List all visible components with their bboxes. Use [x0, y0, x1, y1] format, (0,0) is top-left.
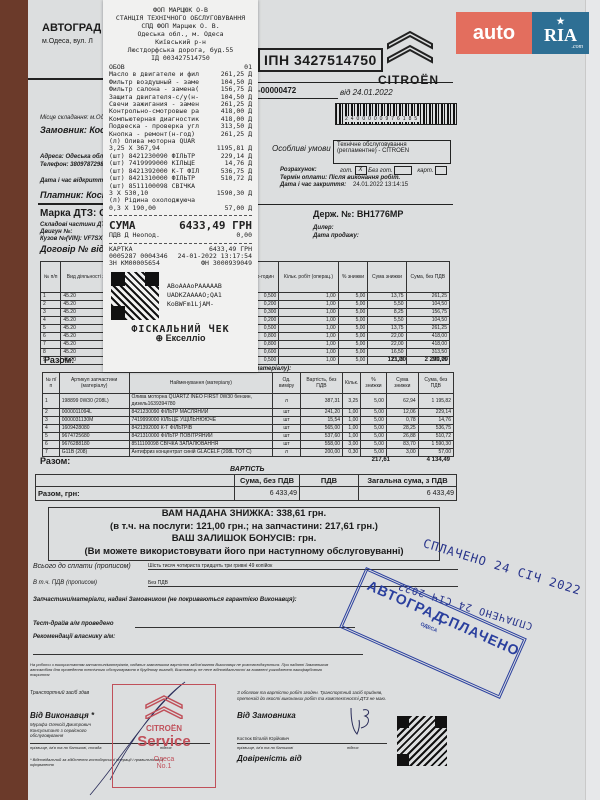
divider [109, 215, 252, 216]
table-cell: 5,00 [338, 309, 368, 317]
column-header: Вартість, без ПДВ [300, 373, 342, 394]
table-cell: Антифриз концентрат синій GLACELF (208L … [129, 449, 273, 457]
table-cell: 418,00 [406, 341, 449, 349]
plate-number: Держ. №: BH1776MP [313, 209, 403, 219]
stamp-brand: CITROËN [113, 724, 215, 733]
cash-label: гот. [340, 168, 353, 174]
table-cell: 2 [43, 409, 60, 417]
table-cell: шт [273, 425, 301, 433]
column-header: Сума, без ПДВ [418, 373, 453, 394]
parts-total-sum: 4 134,49 [400, 457, 450, 463]
totals-no-vat: 6 433,49 [235, 487, 300, 501]
table-cell: 1,00 [343, 425, 361, 433]
recommendations-line [33, 654, 363, 655]
sale-date-label: Дата продажу: [313, 233, 359, 239]
phone-field: Телефон: 38097872983 [40, 162, 107, 168]
column-header: Артикул запчастини (матеріалу) [59, 373, 129, 394]
table-cell: 229,14 [418, 409, 453, 417]
customer-signature [345, 700, 385, 740]
payment-terms: Термін оплати: Після виконання робіт. [280, 175, 400, 181]
card-label: карт. [417, 168, 433, 174]
receipt-vat: ПДВ Д Неопод. 0,00 [103, 232, 258, 239]
company-address: м.Одеса, вул. Л [42, 38, 93, 45]
address-field: Адреса: Одеська обл. [40, 154, 105, 160]
table-cell: 1 [43, 394, 60, 409]
table-cell: 62,94 [386, 394, 418, 409]
receipt-header-line: СТАНЦІЯ ТЕХНІЧНОГО ОБСЛУГОВУВАННЯ [103, 14, 258, 22]
total-words-label: Всього до сплати (прописом) [33, 563, 131, 570]
dealer-label: Дилер: [313, 225, 334, 231]
table-cell: 558,00 [300, 441, 342, 449]
receipt-qr-code [109, 270, 161, 322]
totals-header-with-vat: Загальна сума, з ПДВ [359, 475, 457, 487]
table-cell: 1,00 [279, 293, 338, 301]
table-cell: 1,00 [343, 433, 361, 441]
receipt-item-amount: 1590,30 Д [217, 190, 252, 197]
table-cell: 22,00 [368, 333, 406, 341]
table-cell: 1,00 [279, 349, 338, 357]
receipt-header: ФОП МАРЦЮК О-ВСТАНЦІЯ ТЕХНІЧНОГО ОБСЛУГО… [103, 6, 258, 62]
total-words-value: Шість тисяч чотириста тридцять три гривн… [148, 563, 458, 570]
table-cell: 1609428080 [59, 425, 129, 433]
closed-label: Дата і час закриття: [280, 182, 346, 188]
totals-caption: ВАРТІСТЬ [230, 466, 265, 473]
table-cell: 12,06 [386, 409, 418, 417]
stamp-city: Одеса [113, 756, 215, 763]
table-cell: 8,25 [368, 309, 406, 317]
discount-breakdown: (в т.ч. на послуги: 121,00 грн.; на запч… [49, 521, 439, 534]
table-cell: 9676288180 [59, 441, 129, 449]
table-cell: 5,00 [338, 325, 368, 333]
labor-total-discount: 121,00 [370, 357, 406, 363]
test-drive-line [135, 627, 355, 628]
table-row: 596747256808421310000 ФІЛЬТР ПОВІТРЯНИЙш… [43, 433, 454, 441]
table-cell: 1,00 [279, 325, 338, 333]
column-header: Од. виміру [273, 373, 301, 394]
customer-sign-line [237, 743, 387, 744]
receipt-codes: ABoAAAoPAAAAABUADKZAAAAO;QA1KoBWFm1LjAM- [167, 282, 222, 309]
receipt-header-line: ІД 003427514750 [103, 54, 258, 62]
payment-options: гот. X Без гот. карт. [340, 166, 447, 175]
table-cell: 313,50 [406, 349, 449, 357]
table-cell: 6 [43, 441, 60, 449]
table-cell: 1,00 [279, 309, 338, 317]
watermark-domain: .com [572, 44, 584, 50]
table-cell: 3 [43, 417, 60, 425]
table-cell: 0000011094L [59, 409, 129, 417]
table-cell: 241,20 [300, 409, 342, 417]
receipt-item-name: 0,3 X 190,00 [109, 205, 156, 212]
citroen-chevron-icon [385, 28, 435, 64]
table-cell: 1,00 [343, 409, 361, 417]
table-cell: 5,00 [361, 449, 387, 457]
table-cell: 5,00 [361, 409, 387, 417]
watermark-ria: ★ RIA .com [532, 12, 589, 54]
table-cell: 5,00 [338, 349, 368, 357]
table-cell: шт [273, 409, 301, 417]
customer-signature-caption: підпис [347, 745, 359, 750]
fiscal-receipt: ФОП МАРЦЮК О-ВСТАНЦІЯ ТЕХНІЧНОГО ОБСЛУГО… [103, 0, 258, 372]
discount-line: ВАМ НАДАНА ЗНИЖКА: 338,61 грн. [49, 508, 439, 521]
engine-field: Двигун №: [40, 229, 72, 235]
table-cell: 1,00 [279, 317, 338, 325]
invoice-number: -00000472 [258, 86, 296, 95]
contract-field: Договір № від р [40, 244, 112, 254]
totals-table: Сума, без ПДВ ПДВ Загальна сума, з ПДВ Р… [35, 474, 457, 501]
bonus-note: (Ви можете використовувати його при наст… [49, 546, 439, 559]
receipt-item-amount: 57,00 Д [225, 205, 252, 212]
table-cell: 156,75 [406, 309, 449, 317]
table-cell: Олива моторна QUARTZ INEO FIRST 0W30 бен… [129, 394, 273, 409]
table-cell: 1 590,30 [418, 441, 453, 449]
column-header: % знижки [361, 373, 387, 394]
vin-field: Кузов №(VIN): VF7SX [40, 236, 103, 242]
totals-with-vat: 6 433,49 [359, 487, 457, 501]
customer-name-caption: прізвище, ім'я та по батькові [237, 745, 293, 750]
table-cell: 510,72 [418, 433, 453, 441]
table-cell: 5,00 [338, 301, 368, 309]
column-header: Сума, без ПДВ [406, 262, 449, 293]
receipt-code-line: UADKZAAAAO;QA1 [167, 291, 222, 300]
payment-label: Розрахунок: [280, 167, 317, 173]
paper-edge [585, 0, 600, 800]
table-cell: 4 [41, 317, 61, 325]
table-cell: 7419999000 КІЛЬЦЕ УЩІЛЬНЮЮЧЕ [129, 417, 273, 425]
table-cell: 5 [41, 325, 61, 333]
customer-parts-label: Запчастини/матеріали, надані Замовником … [33, 597, 297, 603]
table-cell: 8421392000 К-Т ФІЛЬТРІВ [129, 425, 273, 433]
divider [258, 98, 338, 99]
receipt-header-line: Люстдорфська дорога, буд.55 [103, 46, 258, 54]
table-cell: 5,00 [338, 317, 368, 325]
table-row: 7G11B (208)Антифриз концентрат синій GLA… [43, 449, 454, 457]
special-conditions-label: Особливі умови [272, 144, 331, 153]
table-row: 30000031130M7419999000 КІЛЬЦЕ УЩІЛЬНЮЮЧЕ… [43, 417, 454, 425]
table-cell: 261,25 [406, 293, 449, 301]
table-cell: 14,76 [418, 417, 453, 425]
table-cell: 1,00 [279, 301, 338, 309]
table-cell: 5,00 [338, 357, 368, 365]
table-cell: 5,00 [361, 441, 387, 449]
receipt-code-line: ABoAAAoPAAAAAB [167, 282, 222, 291]
table-cell: шт [273, 417, 301, 425]
citroen-chevron-icon [144, 693, 184, 719]
divider [38, 203, 108, 205]
column-header: % знижки [338, 262, 368, 293]
receipt-header-line: СПД ФОП Марцюк О. В. [103, 22, 258, 30]
table-cell: шт [273, 441, 301, 449]
totals-header-no-vat: Сума, без ПДВ [235, 475, 300, 487]
table-row: 1198899 0W30 (208L)Олива моторна QUARTZ … [43, 394, 454, 409]
place-label: Місце складання: м.Оде [40, 115, 107, 121]
table-cell: 5,00 [338, 333, 368, 341]
divider [28, 78, 108, 80]
receipt-items: Масло в двигателе и фил261,25 ДФильтр во… [103, 71, 258, 212]
receipt-provider: ⊕ Екселліо [103, 334, 258, 342]
table-cell: 15,54 [300, 417, 342, 425]
table-cell: 387,31 [300, 394, 342, 409]
receipt-item: 0,3 X 190,0057,00 Д [103, 205, 258, 212]
table-cell: 0000031130M [59, 417, 129, 425]
table-cell: 8511100098 СВІЧКА ЗАПАЛЮВАННЯ [129, 441, 273, 449]
table-cell: 5,00 [338, 293, 368, 301]
receipt-header-line: Київський р-н [103, 38, 258, 46]
table-cell: 565,00 [300, 425, 342, 433]
table-cell: 104,50 [406, 317, 449, 325]
table-cell: 5,00 [361, 425, 387, 433]
divider [109, 243, 252, 244]
parts-field: Складові частини ДТЗ [40, 222, 109, 228]
receipt-item-amount: 510,72 Д [221, 175, 252, 182]
table-cell: 6 [41, 333, 61, 341]
brand-name: CITROËN [378, 73, 439, 87]
table-cell: 3,00 [386, 449, 418, 457]
table-cell: 5,00 [338, 341, 368, 349]
parts-total-discount: 217,61 [360, 457, 390, 463]
table-cell: 4 [43, 425, 60, 433]
column-header: Кільк. робіт (операц.) [279, 262, 338, 293]
table-cell: 3,25 [343, 394, 361, 409]
noncash-label: Без гот. [368, 168, 392, 174]
table-cell: 13,75 [368, 293, 406, 301]
inn-box: ІПН 3427514750 [258, 48, 383, 72]
stamp-number: No.1 [113, 763, 215, 770]
table-cell: 8421310000 ФІЛЬТР ПОВІТРЯНИЙ [129, 433, 273, 441]
cash-checkbox[interactable]: X [355, 166, 367, 175]
table-row: 20000011094L8421230090 ФІЛЬТР МАСЛЯНИЙшт… [43, 409, 454, 417]
stamp-service: Service [113, 733, 215, 750]
column-header: Найменування (матеріалу) [129, 373, 273, 394]
provider-logo-icon: ⊕ [156, 333, 164, 343]
table-cell: 13,75 [368, 325, 406, 333]
table-cell: 1,00 [279, 341, 338, 349]
recommendations-label: Рекомендації власнику а/м: [33, 634, 115, 640]
citroen-service-stamp: CITROËN Service Одеса No.1 [112, 684, 216, 788]
table-cell: 3,00 [343, 441, 361, 449]
table-row: 416094280808421392000 К-Т ФІЛЬТРІВшт565,… [43, 425, 454, 433]
table-cell: 200,00 [300, 449, 342, 457]
parts-table: № п/пАртикул запчастини (матеріалу)Найме… [42, 372, 454, 457]
table-cell: 9674725680 [59, 433, 129, 441]
payer-field: Платник: Кост [40, 190, 110, 200]
table-cell: 16,50 [368, 349, 406, 357]
invoice-date: від 24.01.2022 [340, 88, 393, 97]
column-header: Сума знижки [386, 373, 418, 394]
receipt-fiscal-ids: ЗН КМ00005654 ФН 3000939049 [103, 260, 258, 267]
table-cell: 418,00 [406, 333, 449, 341]
table-cell: 0,78 [386, 417, 418, 425]
divider [258, 204, 453, 205]
table-cell: 5,00 [361, 433, 387, 441]
table-cell: 5 [43, 433, 60, 441]
discount-box: ВАМ НАДАНА ЗНИЖКА: 338,61 грн. (в т.ч. н… [48, 507, 440, 561]
parts-total-label: Разом: [40, 456, 70, 466]
watermark-auto: auto [456, 12, 532, 54]
receipt-item-amount: 261,25 Д [221, 131, 252, 138]
power-of-attorney: Довіреність від [237, 754, 302, 763]
table-cell: 5,50 [368, 301, 406, 309]
table-cell: 26,88 [386, 433, 418, 441]
totals-vat [300, 487, 359, 501]
table-cell: 57,00 [418, 449, 453, 457]
table-cell: 22,00 [368, 341, 406, 349]
table-cell: 8421230090 ФІЛЬТР МАСЛЯНИЙ [129, 409, 273, 417]
table-cell: 2 [41, 301, 61, 309]
totals-row-label: Разом, грн: [36, 487, 235, 501]
table-cell: 5,00 [361, 417, 387, 425]
totals-header-vat: ПДВ [300, 475, 359, 487]
autoria-watermark: auto ★ RIA .com [456, 12, 589, 54]
test-drive-label: Тест-драйв а/м проведено [33, 621, 114, 627]
table-cell: 7 [41, 341, 61, 349]
special-conditions-value: Технічне обслуговування (регламентне) - … [333, 140, 451, 164]
opened-field: Дата і час відкриття [40, 178, 107, 184]
table-cell: 1 195,82 [418, 394, 453, 409]
column-header: № п/п [41, 262, 61, 293]
table-cell: 1 [41, 293, 61, 301]
labor-total-sum: 2 299,00 [408, 357, 448, 363]
provider-name: Екселліо [166, 333, 206, 343]
watermark-ria-text: RIA [544, 26, 577, 44]
vat-value: 0,00 [236, 232, 252, 239]
qr-code [395, 714, 449, 768]
zn-number: ЗН КМ00005654 [109, 260, 160, 267]
receipt-code-line: KoBWFm1LjAM- [167, 300, 222, 309]
table-cell: 261,25 [406, 325, 449, 333]
table-cell: 104,50 [406, 301, 449, 309]
table-row: 696762881808511100098 СВІЧКА ЗАПАЛЮВАННЯ… [43, 441, 454, 449]
table-cell: 536,75 [418, 425, 453, 433]
vat-words-label: В т.ч. ПДВ (прописом) [33, 580, 97, 586]
table-cell: л [273, 394, 301, 409]
table-cell: 1,00 [279, 333, 338, 341]
table-cell: 5,50 [368, 317, 406, 325]
customer-sign-label: Від Замовника [237, 711, 296, 720]
receipt-header-line: ФОП МАРЦЮК О-В [103, 6, 258, 14]
receipt-header-line: Одеська обл., м. Одеса [103, 30, 258, 38]
table-cell: 1,00 [279, 357, 338, 365]
customer-name: Костюк Віталій Юрійович [237, 736, 289, 741]
closed-value: 24.01.2022 13:14:15 [353, 182, 408, 188]
table-cell: 537,60 [300, 433, 342, 441]
table-cell: 83,70 [386, 441, 418, 449]
table-cell: 5,00 [361, 394, 387, 409]
bonus-balance: ВАШ ЗАЛИШОК БОНУСІВ: грн. [49, 533, 439, 546]
table-cell: л [273, 449, 301, 457]
column-header: № п/п [43, 373, 60, 394]
labor-total-label: Разом: [44, 355, 74, 365]
table-cell: 0,30 [343, 449, 361, 457]
table-cell: 198899 0W30 (208L) [59, 394, 129, 409]
table-cell: 3 [41, 309, 61, 317]
noncash-checkbox[interactable] [394, 166, 412, 175]
column-header: Сума знижки [368, 262, 406, 293]
vehicle-brand: Марка ДТЗ: Cit [40, 208, 112, 219]
vat-label: ПДВ Д Неопод. [109, 232, 160, 239]
table-cell: 1,00 [343, 417, 361, 425]
table-cell: 28,25 [386, 425, 418, 433]
table-cell: шт [273, 433, 301, 441]
card-checkbox[interactable] [435, 166, 447, 175]
company-name: АВТОГРАД С [42, 22, 112, 34]
fn-number: ФН 3000939049 [201, 260, 252, 267]
column-header: Кільк. [343, 373, 361, 394]
barcode-digits: 2400000976185 [345, 116, 420, 122]
